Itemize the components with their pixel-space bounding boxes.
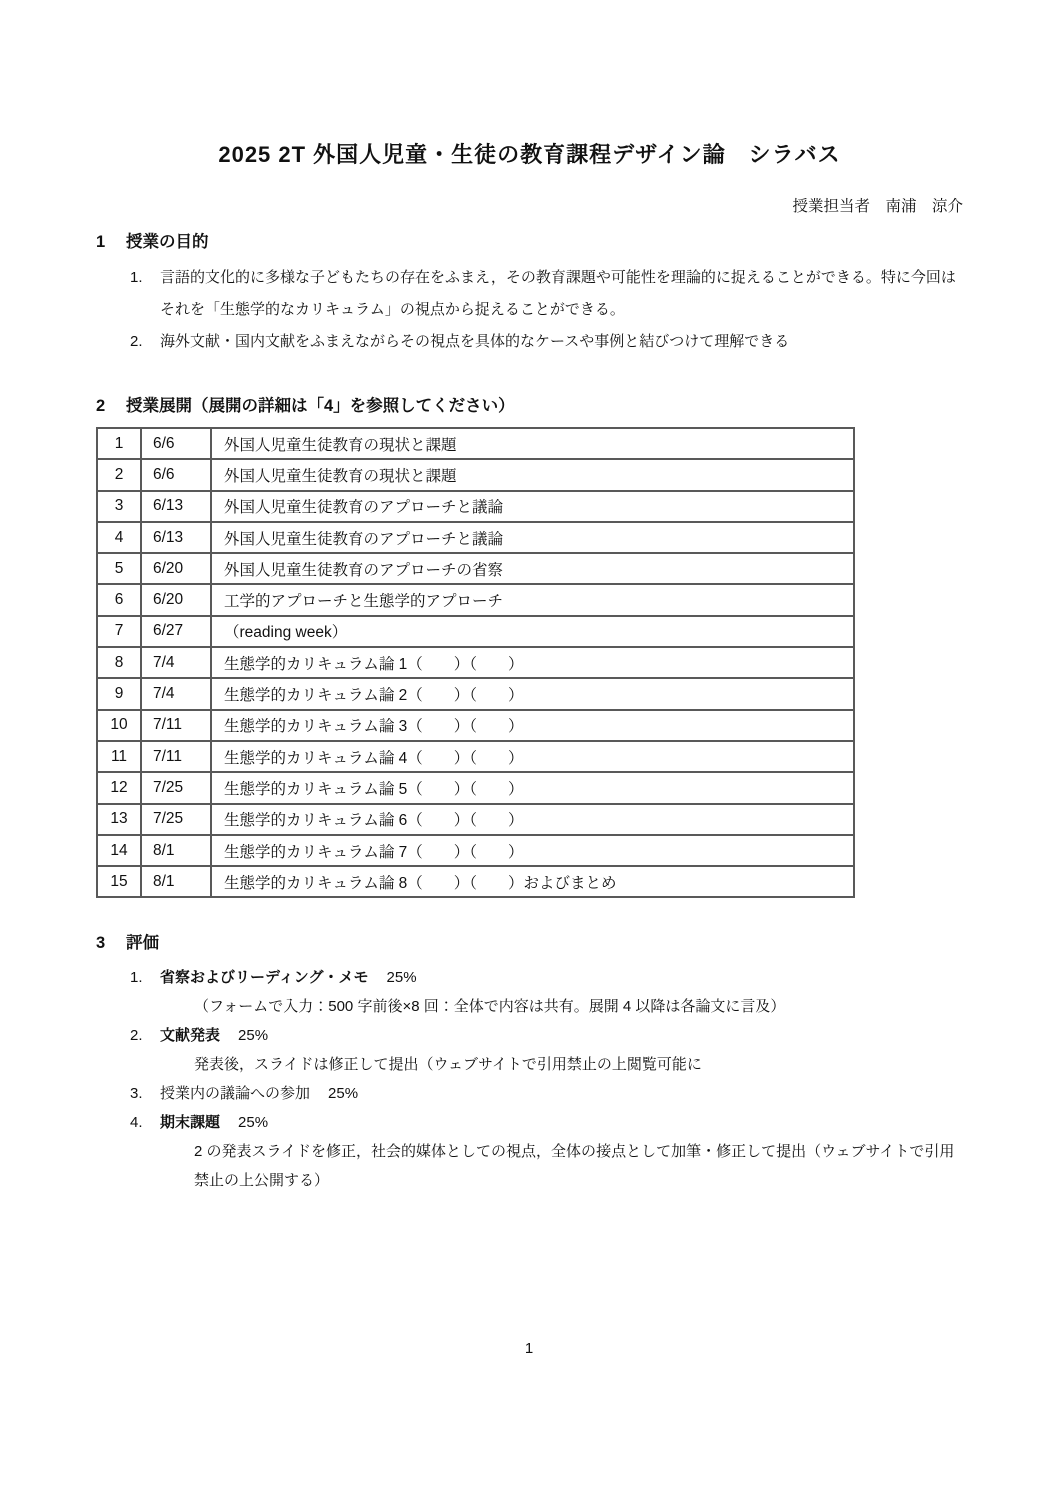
table-row: 10 7/11 生態学的カリキュラム論 3（ ）（ ） (97, 710, 854, 741)
cell-topic: 工学的アプローチと生態学的アプローチ (211, 584, 854, 615)
evaluation-item-number: 3. (130, 1079, 160, 1108)
evaluation-item-number: 1. (130, 963, 160, 992)
evaluation-item-weight: 25% (328, 1085, 358, 1102)
cell-topic: 生態学的カリキュラム論 8（ ）（ ）およびまとめ (211, 866, 854, 897)
cell-date: 6/20 (141, 553, 211, 584)
cell-date: 7/4 (141, 678, 211, 709)
cell-session-no: 9 (97, 678, 141, 709)
cell-topic: 生態学的カリキュラム論 7（ ）（ ） (211, 835, 854, 866)
section-heading-evaluation: 3 評価 (96, 932, 963, 954)
evaluation-item-number: 4. (130, 1108, 160, 1137)
cell-topic: （reading week） (211, 616, 854, 647)
objectives-list: 1. 言語的文化的に多様な子どもたちの存在をふまえ，その教育課題や可能性を理論的… (130, 262, 963, 358)
objective-item: 1. 言語的文化的に多様な子どもたちの存在をふまえ，その教育課題や可能性を理論的… (130, 262, 963, 326)
evaluation-item-note: 2 の発表スライドを修正，社会的媒体としての視点，全体の接点として加筆・修正して… (194, 1137, 963, 1195)
cell-date: 7/25 (141, 804, 211, 835)
evaluation-item-label: 文献発表 (160, 1027, 220, 1044)
objective-item-number: 1. (130, 262, 160, 326)
section-heading-schedule: 2 授業展開（展開の詳細は「4」を参照してください） (96, 395, 963, 417)
cell-session-no: 6 (97, 584, 141, 615)
section-label: 評価 (126, 932, 159, 954)
evaluation-list: 1. 省察およびリーディング・メモ25% （フォームで入力：500 字前後×8 … (130, 963, 963, 1195)
table-row: 14 8/1 生態学的カリキュラム論 7（ ）（ ） (97, 835, 854, 866)
instructor-line: 授業担当者 南浦 涼介 (96, 196, 963, 218)
cell-session-no: 8 (97, 647, 141, 678)
table-row: 15 8/1 生態学的カリキュラム論 8（ ）（ ）およびまとめ (97, 866, 854, 897)
table-row: 4 6/13 外国人児童生徒教育のアプローチと議論 (97, 522, 854, 553)
table-row: 8 7/4 生態学的カリキュラム論 1（ ）（ ） (97, 647, 854, 678)
cell-session-no: 12 (97, 772, 141, 803)
page-number: 1 (0, 1340, 1058, 1357)
section-number: 1 (96, 231, 126, 253)
cell-topic: 生態学的カリキュラム論 1（ ）（ ） (211, 647, 854, 678)
evaluation-item-weight: 25% (238, 1114, 268, 1131)
cell-date: 6/27 (141, 616, 211, 647)
cell-session-no: 3 (97, 491, 141, 522)
page-title: 2025 2T 外国人児童・生徒の教育課程デザイン論 シラバス (96, 140, 963, 170)
cell-topic: 外国人児童生徒教育のアプローチの省察 (211, 553, 854, 584)
cell-topic: 外国人児童生徒教育の現状と課題 (211, 459, 854, 490)
cell-topic: 生態学的カリキュラム論 2（ ）（ ） (211, 678, 854, 709)
table-row: 3 6/13 外国人児童生徒教育のアプローチと議論 (97, 491, 854, 522)
table-row: 9 7/4 生態学的カリキュラム論 2（ ）（ ） (97, 678, 854, 709)
cell-session-no: 13 (97, 804, 141, 835)
section-number: 2 (96, 395, 126, 417)
cell-topic: 生態学的カリキュラム論 3（ ）（ ） (211, 710, 854, 741)
evaluation-item-label: 授業内の議論への参加 (160, 1085, 310, 1102)
cell-date: 7/11 (141, 710, 211, 741)
cell-topic: 生態学的カリキュラム論 6（ ）（ ） (211, 804, 854, 835)
table-row: 7 6/27 （reading week） (97, 616, 854, 647)
section-label: 授業展開（展開の詳細は「4」を参照してください） (126, 395, 515, 417)
cell-topic: 生態学的カリキュラム論 5（ ）（ ） (211, 772, 854, 803)
evaluation-item-weight: 25% (238, 1027, 268, 1044)
page-content: 2025 2T 外国人児童・生徒の教育課程デザイン論 シラバス 授業担当者 南浦… (0, 0, 1058, 1195)
cell-date: 6/20 (141, 584, 211, 615)
cell-session-no: 7 (97, 616, 141, 647)
cell-session-no: 10 (97, 710, 141, 741)
evaluation-item-note: 発表後，スライドは修正して提出（ウェブサイトで引用禁止の上閲覧可能に (194, 1050, 963, 1079)
cell-topic: 外国人児童生徒教育のアプローチと議論 (211, 522, 854, 553)
schedule-table: 1 6/6 外国人児童生徒教育の現状と課題 2 6/6 外国人児童生徒教育の現状… (96, 427, 855, 898)
evaluation-item: 3. 授業内の議論への参加25% (130, 1079, 963, 1108)
cell-date: 8/1 (141, 866, 211, 897)
cell-date: 8/1 (141, 835, 211, 866)
cell-date: 7/4 (141, 647, 211, 678)
table-row: 2 6/6 外国人児童生徒教育の現状と課題 (97, 459, 854, 490)
evaluation-item-number: 2. (130, 1021, 160, 1050)
section-label: 授業の目的 (126, 231, 209, 253)
cell-topic: 外国人児童生徒教育のアプローチと議論 (211, 491, 854, 522)
evaluation-item: 1. 省察およびリーディング・メモ25% （フォームで入力：500 字前後×8 … (130, 963, 963, 1021)
section-heading-objectives: 1 授業の目的 (96, 231, 963, 253)
cell-date: 6/13 (141, 522, 211, 553)
evaluation-item-label: 期末課題 (160, 1114, 220, 1131)
table-row: 6 6/20 工学的アプローチと生態学的アプローチ (97, 584, 854, 615)
objective-item: 2. 海外文献・国内文献をふまえながらその視点を具体的なケースや事例と結びつけて… (130, 326, 963, 358)
objective-item-number: 2. (130, 326, 160, 358)
cell-session-no: 11 (97, 741, 141, 772)
evaluation-item-note: （フォームで入力：500 字前後×8 回：全体で内容は共有。展開 4 以降は各論… (194, 992, 963, 1021)
cell-session-no: 4 (97, 522, 141, 553)
cell-session-no: 5 (97, 553, 141, 584)
cell-topic: 生態学的カリキュラム論 4（ ）（ ） (211, 741, 854, 772)
syllabus-page: 2025 2T 外国人児童・生徒の教育課程デザイン論 シラバス 授業担当者 南浦… (0, 0, 1058, 1497)
cell-date: 7/25 (141, 772, 211, 803)
cell-date: 6/6 (141, 459, 211, 490)
table-row: 1 6/6 外国人児童生徒教育の現状と課題 (97, 428, 854, 459)
cell-date: 7/11 (141, 741, 211, 772)
section-number: 3 (96, 932, 126, 954)
cell-session-no: 1 (97, 428, 141, 459)
cell-session-no: 14 (97, 835, 141, 866)
evaluation-item-label: 省察およびリーディング・メモ (160, 969, 369, 986)
table-row: 11 7/11 生態学的カリキュラム論 4（ ）（ ） (97, 741, 854, 772)
objective-item-text: 言語的文化的に多様な子どもたちの存在をふまえ，その教育課題や可能性を理論的に捉え… (160, 262, 963, 326)
evaluation-item: 2. 文献発表25% 発表後，スライドは修正して提出（ウェブサイトで引用禁止の上… (130, 1021, 963, 1079)
evaluation-item-weight: 25% (387, 969, 417, 986)
cell-date: 6/13 (141, 491, 211, 522)
table-row: 5 6/20 外国人児童生徒教育のアプローチの省察 (97, 553, 854, 584)
cell-session-no: 15 (97, 866, 141, 897)
cell-topic: 外国人児童生徒教育の現状と課題 (211, 428, 854, 459)
cell-date: 6/6 (141, 428, 211, 459)
evaluation-item: 4. 期末課題25% 2 の発表スライドを修正，社会的媒体としての視点，全体の接… (130, 1108, 963, 1195)
table-row: 13 7/25 生態学的カリキュラム論 6（ ）（ ） (97, 804, 854, 835)
cell-session-no: 2 (97, 459, 141, 490)
table-row: 12 7/25 生態学的カリキュラム論 5（ ）（ ） (97, 772, 854, 803)
objective-item-text: 海外文献・国内文献をふまえながらその視点を具体的なケースや事例と結びつけて理解で… (160, 326, 963, 358)
